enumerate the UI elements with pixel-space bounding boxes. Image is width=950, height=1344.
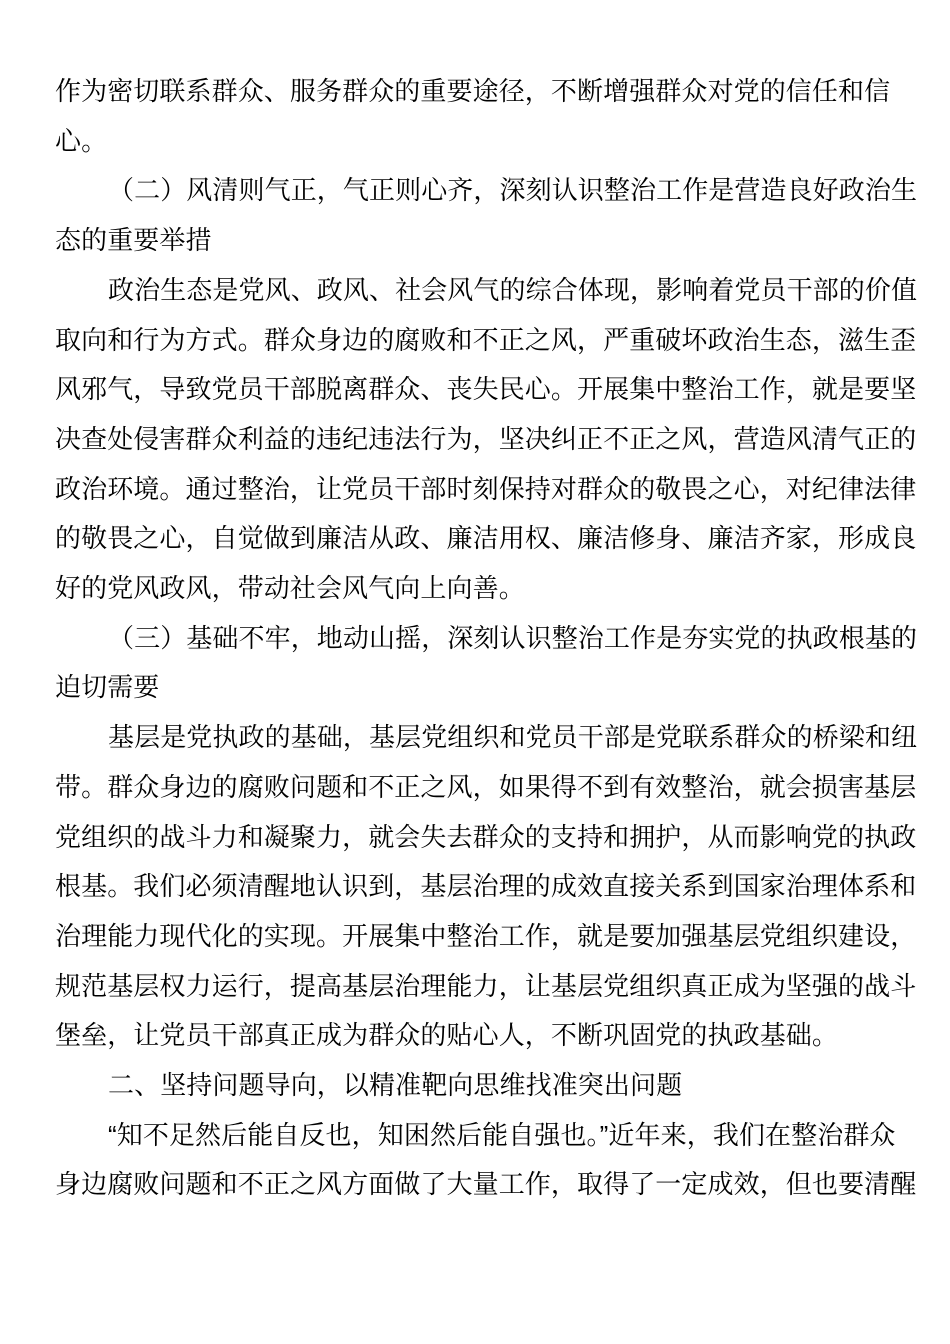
body-line: 基层是党执政的基础，基层党组织和党员干部是党联系群众的桥梁和纽 <box>55 713 895 763</box>
body-line: 作为密切联系群众、服务群众的重要途径，不断增强群众对党的信任和信 <box>55 67 895 117</box>
body-line: 规范基层权力运行，提高基层治理能力，让基层党组织真正成为坚强的战斗 <box>55 962 895 1012</box>
body-line: 决查处侵害群众利益的违纪违法行为，坚决纠正不正之风，营造风清气正的 <box>55 415 895 465</box>
body-line: 的敬畏之心，自觉做到廉洁从政、廉洁用权、廉洁修身、廉洁齐家，形成良 <box>55 514 895 564</box>
document-page: 作为密切联系群众、服务群众的重要途径，不断增强群众对党的信任和信 心。 （二）风… <box>0 0 950 1344</box>
body-line: 堡垒，让党员干部真正成为群众的贴心人，不断巩固党的执政基础。 <box>55 1011 895 1061</box>
subsection-heading-line: （二）风清则气正，气正则心齐，深刻认识整治工作是营造良好政治生 <box>55 166 895 216</box>
subsection-heading-line: 态的重要举措 <box>55 216 895 266</box>
body-line: 根基。我们必须清醒地认识到，基层治理的成效直接关系到国家治理体系和 <box>55 862 895 912</box>
body-line: 好的党风政风，带动社会风气向上向善。 <box>55 564 895 614</box>
body-line: 身边腐败问题和不正之风方面做了大量工作，取得了一定成效，但也要清醒 <box>55 1160 895 1210</box>
body-line: 带。群众身边的腐败问题和不正之风，如果得不到有效整治，就会损害基层 <box>55 763 895 813</box>
body-line: 心。 <box>55 117 895 167</box>
body-line: 政治生态是党风、政风、社会风气的综合体现，影响着党员干部的价值 <box>55 266 895 316</box>
subsection-heading-line: （三）基础不牢，地动山摇，深刻认识整治工作是夯实党的执政根基的 <box>55 614 895 664</box>
body-line: 风邪气，导致党员干部脱离群众、丧失民心。开展集中整治工作，就是要坚 <box>55 365 895 415</box>
body-line: 治理能力现代化的实现。开展集中整治工作，就是要加强基层党组织建设， <box>55 912 895 962</box>
subsection-heading-line: 迫切需要 <box>55 663 895 713</box>
body-line: 党组织的战斗力和凝聚力，就会失去群众的支持和拥护，从而影响党的执政 <box>55 813 895 863</box>
document-content: 作为密切联系群众、服务群众的重要途径，不断增强群众对党的信任和信 心。 （二）风… <box>0 0 950 1210</box>
section-heading-line: 二、坚持问题导向，以精准靶向思维找准突出问题 <box>55 1061 895 1111</box>
body-line: “知不足然后能自反也，知困然后能自强也。”近年来，我们在整治群众 <box>55 1111 895 1161</box>
body-line: 政治环境。通过整治，让党员干部时刻保持对群众的敬畏之心，对纪律法律 <box>55 465 895 515</box>
body-line: 取向和行为方式。群众身边的腐败和不正之风，严重破坏政治生态，滋生歪 <box>55 316 895 366</box>
